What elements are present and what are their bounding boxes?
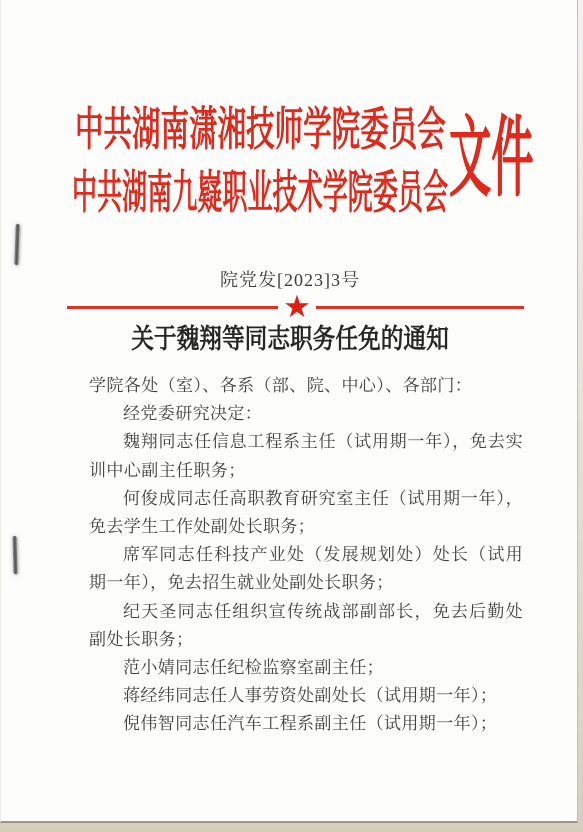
- appointment-item: 倪伟智同志任汽车工程系副主任（试用期一年）；: [89, 710, 523, 738]
- appointment-item: 席军同志任科技产业处（发展规划处）处长（试用期一年），免去招生就业处副处长职务；: [89, 541, 523, 597]
- salutation-line: 学院各处（室）、各系（部、院、中心）、各部门：: [89, 372, 523, 400]
- document-title-row: 关于魏翔等同志职务任免的通知: [1, 317, 579, 356]
- appointment-item: 何俊成同志任高职教育研究室主任（试用期一年），免去学生工作处副处长职务；: [89, 485, 523, 541]
- appointment-item: 蒋经纬同志任人事劳资处副处长（试用期一年）；: [89, 682, 523, 710]
- scanned-document-scene: 中共湖南潇湘技师学院委员会 中共湖南九嶷职业技术学院委员会 文件 院党发[202…: [0, 0, 583, 832]
- document-body: 学院各处（室）、各系（部、院、中心）、各部门： 经党委研究决定： 魏翔同志任信息…: [89, 372, 523, 739]
- appointment-item: 魏翔同志任信息工程系主任（试用期一年），免去实训中心副主任职务；: [89, 428, 523, 484]
- letterhead-doc-type-label: 文件: [449, 112, 533, 208]
- appointment-item: 范小婧同志任纪检监察室副主任；: [89, 654, 523, 682]
- letterhead-org-line-1: 中共湖南潇湘技师学院委员会: [75, 100, 446, 160]
- letterhead-org-line-2: 中共湖南九嶷职业技术学院委员会: [72, 163, 448, 223]
- appointment-item: 纪天圣同志任组织宣传统战部副部长，免去后勤处副处长职务；: [89, 598, 523, 654]
- document-title: 关于魏翔等同志职务任免的通知: [131, 317, 449, 356]
- intro-line: 经党委研究决定：: [89, 400, 523, 428]
- document-page: 中共湖南潇湘技师学院委员会 中共湖南九嶷职业技术学院委员会 文件 院党发[202…: [0, 0, 578, 823]
